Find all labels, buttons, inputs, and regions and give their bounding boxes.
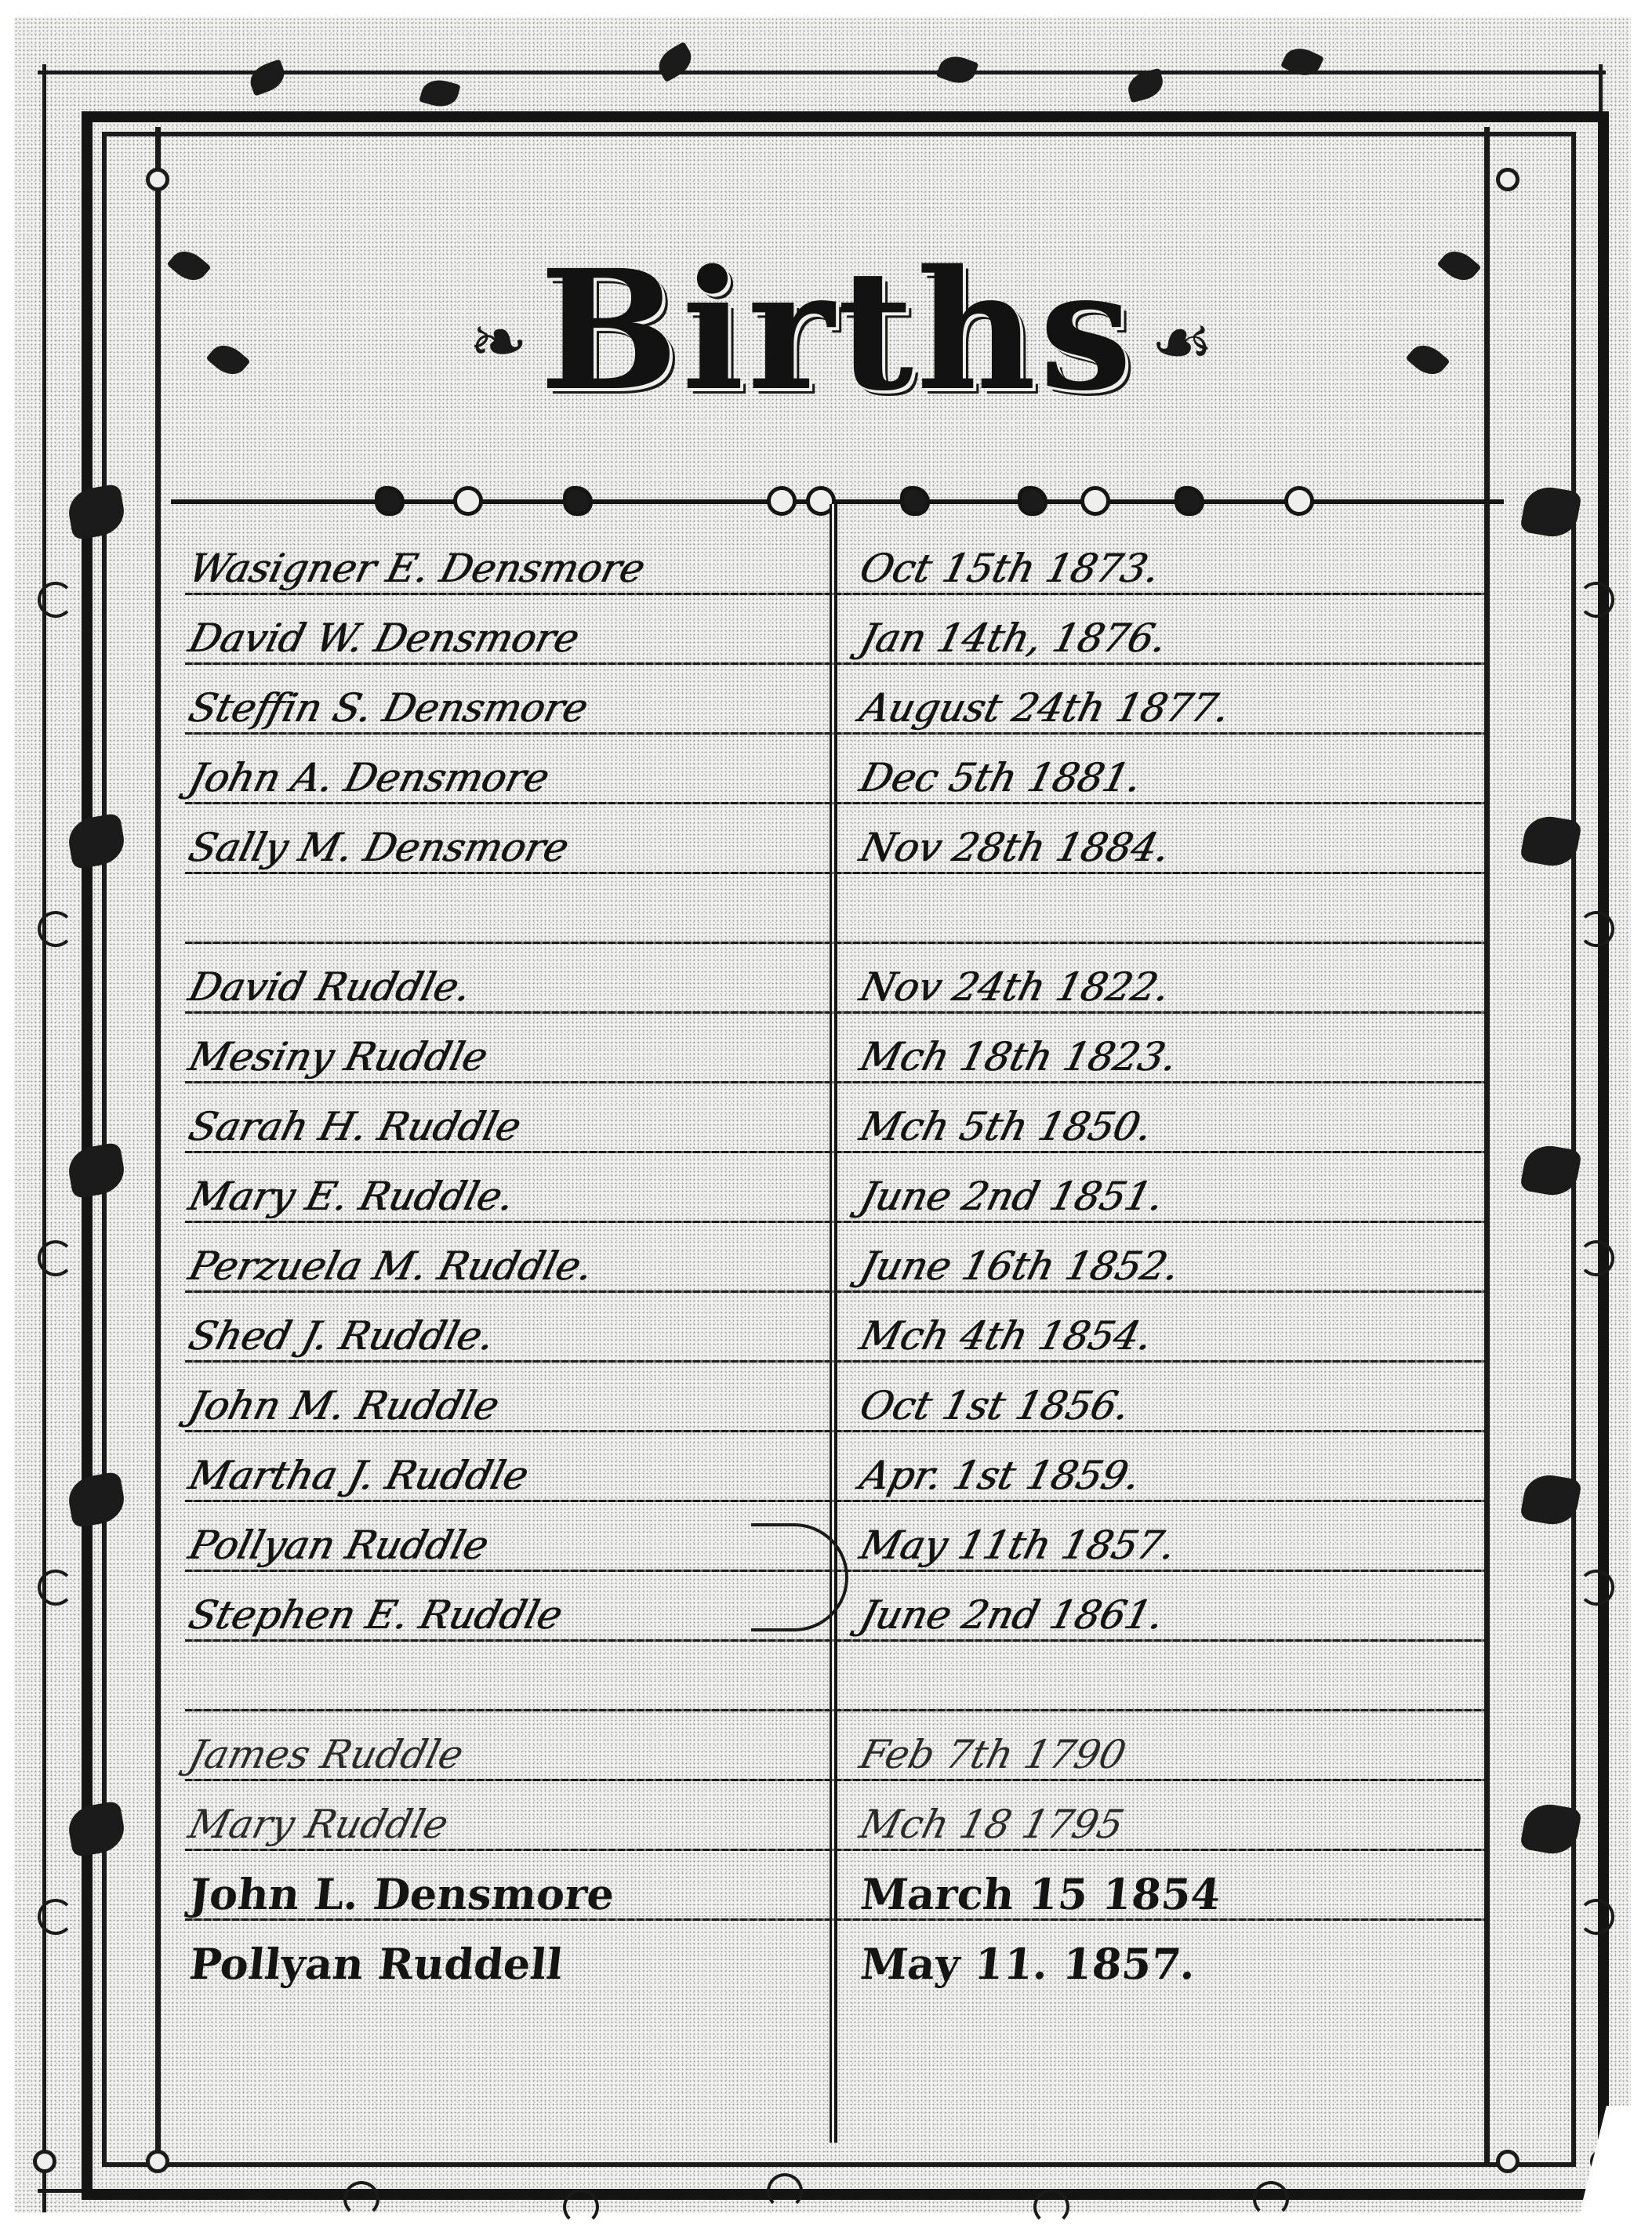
entry-name: John A. Densmore: [184, 754, 554, 801]
entry-date: Mch 4th 1854.: [855, 1312, 1157, 1359]
scroll-icon: [1578, 1240, 1614, 1276]
entry-name: Mesiny Ruddle: [184, 1033, 492, 1080]
ivy-leaf-icon: [419, 76, 460, 111]
scroll-icon: [38, 1899, 74, 1935]
entry-date: Oct 1st 1856.: [855, 1382, 1135, 1429]
entry-date: Feb 7th 1790: [855, 1731, 1131, 1778]
ruled-line: [185, 1151, 1490, 1153]
register-row: Martha J. RuddleApr. 1st 1859.: [171, 1458, 1504, 1502]
register-row: Wasigner E. DensmoreOct 15th 1873.: [171, 551, 1504, 595]
page-title: Births: [485, 213, 1190, 448]
entry-name: John M. Ruddle: [184, 1382, 504, 1429]
entry-date: Apr. 1st 1859.: [855, 1452, 1146, 1499]
entry-name: David W. Densmore: [184, 615, 584, 662]
register-row: Mary RuddleMch 18 1795: [171, 1807, 1504, 1851]
scroll-icon: [38, 911, 74, 947]
entry-name: Sarah H. Ruddle: [184, 1103, 526, 1150]
entry-date: Mch 5th 1850.: [855, 1103, 1157, 1150]
scroll-icon: [1578, 582, 1614, 618]
entry-name: Wasigner E. Densmore: [184, 545, 650, 592]
rosette-icon: [146, 2150, 169, 2173]
ruled-line: [185, 1849, 1490, 1851]
register-row: Mary E. Ruddle.June 2nd 1851.: [171, 1179, 1504, 1223]
ruled-line: [185, 872, 1490, 874]
rosette-icon: [1590, 2150, 1614, 2173]
ruled-line: [185, 942, 1490, 944]
register-row: [171, 1668, 1504, 1711]
ivy-leaf-icon: [246, 59, 289, 96]
entry-date: June 2nd 1851.: [855, 1173, 1169, 1220]
entry-name: Steffin S. Densmore: [184, 684, 593, 731]
register-row: John M. RuddleOct 1st 1856.: [171, 1388, 1504, 1432]
entry-name: Martha J. Ruddle: [184, 1452, 533, 1499]
ruled-line: [185, 732, 1490, 735]
register-page: ❧ Births ☙ Wasigner E. DensmoreOct 15th …: [14, 17, 1631, 2212]
ruled-line: [185, 1011, 1490, 1014]
entry-date: March 15 1854: [859, 1871, 1223, 1918]
ivy-leaf-icon: [1280, 42, 1324, 82]
entry-date: Mch 18 1795: [855, 1801, 1129, 1848]
entry-name: Pollyan Ruddle: [184, 1522, 493, 1569]
entry-name: Stephen E. Ruddle: [184, 1591, 568, 1639]
ruled-line: [185, 1918, 1490, 1921]
entry-name: Pollyan Ruddell: [187, 1940, 565, 1987]
ivy-leaf-icon: [936, 51, 979, 89]
rosette-icon: [1496, 2150, 1519, 2173]
ruled-line: [185, 1430, 1490, 1432]
register-row: John L. DensmoreMarch 15 1854: [171, 1877, 1504, 1921]
ruled-line: [185, 1360, 1490, 1363]
ruled-line: [185, 1221, 1490, 1223]
entry-date: Jan 14th, 1876.: [855, 615, 1172, 662]
flourish-right-icon: ☙: [1150, 307, 1214, 378]
ivy-leaf-icon: [653, 42, 698, 82]
entry-date: Nov 28th 1884.: [855, 824, 1175, 871]
rosette-icon: [1496, 168, 1519, 191]
ruled-line: [185, 593, 1490, 595]
scroll-icon: [1033, 2189, 1069, 2225]
register-row: [171, 900, 1504, 944]
entry-date: Mch 18th 1823.: [855, 1033, 1182, 1080]
entry-date: Oct 15th 1873.: [855, 545, 1165, 592]
ruled-line: [185, 1639, 1490, 1642]
entry-name: Mary E. Ruddle.: [184, 1173, 520, 1220]
scroll-icon: [38, 1240, 74, 1276]
register-row: Steffin S. DensmoreAugust 24th 1877.: [171, 691, 1504, 735]
entry-date: Dec 5th 1881.: [855, 754, 1147, 801]
ruled-line: [185, 802, 1490, 804]
entry-date: May 11th 1857.: [855, 1522, 1181, 1569]
scroll-icon: [1578, 1899, 1614, 1935]
ruled-line: [185, 1081, 1490, 1083]
entry-date: May 11. 1857.: [859, 1940, 1198, 1987]
register-row: James RuddleFeb 7th 1790: [171, 1737, 1504, 1781]
register-row: Mesiny RuddleMch 18th 1823.: [171, 1040, 1504, 1083]
ruled-line: [185, 1290, 1490, 1293]
scroll-icon: [767, 2173, 803, 2209]
scroll-icon: [1578, 911, 1614, 947]
register-row: Shed J. Ruddle.Mch 4th 1854.: [171, 1319, 1504, 1363]
register-row: David Ruddle.Nov 24th 1822.: [171, 970, 1504, 1014]
rosette-icon: [33, 2150, 56, 2173]
title-block: ❧ Births ☙: [485, 213, 1190, 448]
entry-name: Perzuela M. Ruddle.: [184, 1243, 598, 1290]
scroll-icon: [563, 2189, 599, 2225]
entry-date: June 2nd 1861.: [855, 1591, 1169, 1639]
border-rail-left-inner: [155, 127, 161, 2165]
entry-name: Sally M. Densmore: [184, 824, 574, 871]
scroll-icon: [343, 2181, 379, 2217]
register-row: John A. DensmoreDec 5th 1881.: [171, 760, 1504, 804]
scroll-icon: [38, 1570, 74, 1606]
register-row: Perzuela M. Ruddle.June 16th 1852.: [171, 1249, 1504, 1293]
entry-name: David Ruddle.: [184, 964, 476, 1011]
entry-name: James Ruddle: [184, 1731, 469, 1778]
ruled-line: [185, 1779, 1490, 1781]
scroll-icon: [1253, 2181, 1289, 2217]
entry-name: Shed J. Ruddle.: [184, 1312, 499, 1359]
entry-date: August 24th 1877.: [855, 684, 1235, 731]
ruled-line: [185, 1709, 1490, 1711]
ruled-line: [185, 1500, 1490, 1502]
entry-name: John L. Densmore: [187, 1871, 617, 1918]
entry-name: Mary Ruddle: [184, 1801, 453, 1848]
entry-date: Nov 24th 1822.: [855, 964, 1175, 1011]
scroll-icon: [38, 582, 74, 618]
register-row: Sarah H. RuddleMch 5th 1850.: [171, 1109, 1504, 1153]
register-row: David W. DensmoreJan 14th, 1876.: [171, 621, 1504, 665]
rosette-icon: [146, 168, 169, 191]
border-rail-left-outer: [42, 64, 46, 2212]
births-register: Wasigner E. DensmoreOct 15th 1873.David …: [171, 504, 1504, 2143]
register-row: Sally M. DensmoreNov 28th 1884.: [171, 830, 1504, 874]
flourish-left-icon: ❧: [469, 307, 528, 378]
entry-date: June 16th 1852.: [855, 1243, 1185, 1290]
scroll-icon: [1578, 1570, 1614, 1606]
register-row: Pollyan RuddellMay 11. 1857.: [171, 1947, 1504, 1991]
ruled-line: [185, 662, 1490, 665]
